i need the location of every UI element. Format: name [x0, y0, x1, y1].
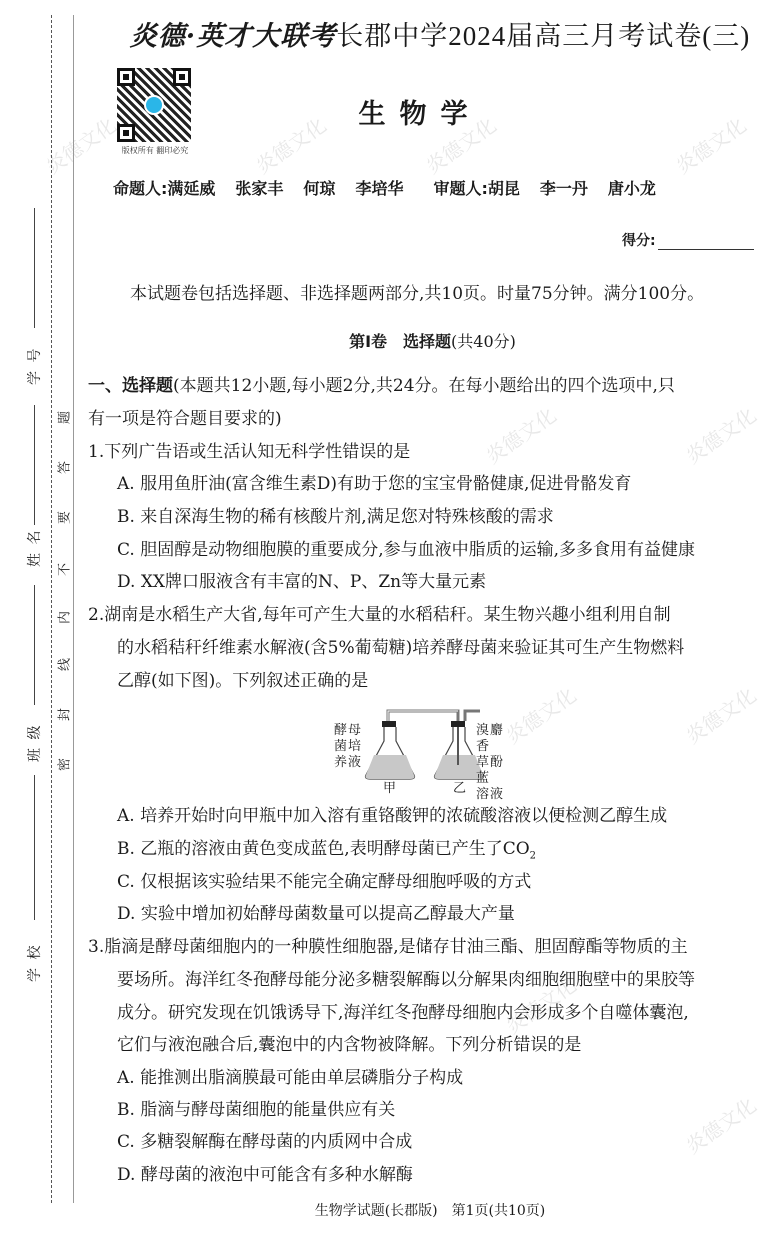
watermark: 炎德文化	[679, 400, 761, 470]
subject-title: 生物学	[0, 92, 780, 131]
question-2-stem-cont: 乙醇(如下图)。下列叙述正确的是	[117, 670, 368, 692]
flask-a-label: 甲	[383, 781, 397, 797]
q1-option-c[interactable]: C. 胆固醇是动物细胞膜的重要成分,参与血液中脂质的运输,多多食用有益健康	[117, 539, 695, 561]
question-2-stem-cont: 的水稻秸秆纤维素水解液(含5%葡萄糖)培养酵母菌来验证其可生产生物燃料	[117, 637, 684, 659]
flask-b-contents-label: 溴麝香草酚蓝溶液	[476, 723, 510, 803]
authors-line: 命题人:满延威张家丰何琼李培华审题人:胡昆李一丹唐小龙	[113, 176, 676, 199]
question-3-stem: 3.脂滴是酵母菌细胞内的一种膜性细胞器,是储存甘油三酯、胆固醇酯等物质的主	[88, 936, 688, 958]
class-blank[interactable]	[34, 585, 35, 705]
seal-char: 不	[54, 563, 73, 577]
exam-title: 炎德·英才大联考长郡中学2024届高三月考试卷(三)	[100, 14, 780, 53]
exam-name: 长郡中学2024届高三月考试卷(三)	[336, 21, 750, 51]
author: 张家丰	[235, 179, 283, 198]
student-id-label: 学 号	[24, 347, 44, 385]
watermark: 炎德文化	[679, 1090, 761, 1160]
q1-option-a[interactable]: A. 服用鱼肝油(富含维生素D)有助于您的宝宝骨骼健康,促进骨骼发育	[117, 473, 631, 495]
score-label: 得分:	[622, 233, 656, 249]
question-3-stem-cont: 要场所。海洋红冬孢酵母能分泌多糖裂解酶以分解果肉细胞细胞壁中的果胶等	[117, 969, 695, 991]
seal-dashed-line	[51, 15, 52, 1203]
score-blank[interactable]	[658, 235, 754, 250]
q2-option-d[interactable]: D. 实验中增加初始酵母菌数量可以提高乙醇最大产量	[117, 903, 515, 925]
seal-char: 封	[54, 708, 73, 722]
school-blank[interactable]	[34, 775, 35, 920]
q3-option-d[interactable]: D. 酵母菌的液泡中可能含有多种水解酶	[117, 1164, 413, 1186]
margin-border-line	[73, 15, 74, 1203]
q2-option-c[interactable]: C. 仅根据该实验结果不能完全确定酵母细胞呼吸的方式	[117, 871, 531, 893]
watermark: 炎德文化	[499, 680, 581, 750]
class-label: 班 级	[24, 724, 44, 762]
name-label: 姓 名	[24, 529, 44, 567]
qr-caption: 版权所有 翻印必究	[112, 145, 198, 156]
reviewer: 李一丹	[540, 179, 588, 198]
part-desc-cont: 有一项是符合题目要求的)	[88, 408, 282, 430]
q3-option-a[interactable]: A. 能推测出脂滴膜最可能由单层磷脂分子构成	[117, 1067, 463, 1089]
flask-a-contents-label: 酵母菌培养液	[334, 723, 362, 771]
watermark: 炎德文化	[479, 400, 561, 470]
q3-option-b[interactable]: B. 脂滴与酵母菌细胞的能量供应有关	[117, 1099, 395, 1121]
seal-char: 密	[54, 758, 73, 772]
part-heading: 一、选择题(本题共12小题,每小题2分,共24分。在每小题给出的四个选项中,只	[88, 375, 675, 397]
q2-option-a[interactable]: A. 培养开始时向甲瓶中加入溶有重铬酸钾的浓硫酸溶液以便检测乙醇生成	[117, 805, 667, 827]
school-label: 学 校	[24, 944, 44, 982]
q2-option-b[interactable]: B. 乙瓶的溶液由黄色变成蓝色,表明酵母菌已产生了CO2	[117, 838, 536, 867]
seal-char: 答	[54, 461, 73, 475]
reviewer: 审题人:胡昆	[433, 179, 519, 198]
q1-option-d[interactable]: D. XX牌口服液含有丰富的N、P、Zn等大量元素	[117, 571, 486, 593]
flask-b-label: 乙	[453, 781, 467, 797]
seal-char: 题	[54, 411, 73, 425]
author: 命题人:满延威	[113, 179, 215, 198]
fermentation-apparatus-figure: 酵母菌培养液 溴麝香草酚蓝溶液 甲 乙	[330, 703, 510, 798]
question-2-stem: 2.湖南是水稻生产大省,每年可产生大量的水稻秸秆。某生物兴趣小组利用自制	[88, 604, 671, 626]
q1-option-b[interactable]: B. 来自深海生物的稀有核酸片剂,满足您对特殊核酸的需求	[117, 506, 554, 528]
seal-char: 要	[54, 511, 73, 525]
author: 何琼	[303, 179, 335, 198]
name-blank[interactable]	[34, 405, 35, 525]
page-footer: 生物学试题(长郡版) 第1页(共10页)	[0, 1200, 780, 1220]
seal-char: 内	[54, 611, 73, 625]
question-1-stem: 1.下列广告语或生活认知无科学性错误的是	[88, 441, 410, 463]
student-id-blank[interactable]	[34, 208, 35, 328]
score-field: 得分:	[622, 230, 754, 250]
exam-intro: 本试题卷包括选择题、非选择题两部分,共10页。时量75分钟。满分100分。	[130, 279, 704, 304]
question-3-stem-cont: 它们与液泡融合后,囊泡中的内含物被降解。下列分析错误的是	[117, 1034, 581, 1056]
question-3-stem-cont: 成分。研究发现在饥饿诱导下,海洋红冬孢酵母细胞内会形成多个自噬体囊泡,	[117, 1002, 689, 1024]
part-title: 一、选择题	[88, 376, 173, 396]
seal-char: 线	[54, 658, 73, 672]
section-title: 第Ⅰ卷 选择题	[349, 332, 451, 351]
section-note: (共40分)	[451, 332, 516, 351]
watermark: 炎德文化	[679, 680, 761, 750]
reviewer: 唐小龙	[608, 179, 656, 198]
author: 李培华	[355, 179, 403, 198]
exam-brand: 炎德·英才大联考	[130, 21, 336, 52]
q3-option-c[interactable]: C. 多糖裂解酶在酵母菌的内质网中合成	[117, 1131, 412, 1153]
section-heading: 第Ⅰ卷 选择题(共40分)	[0, 329, 780, 352]
part-desc: (本题共12小题,每小题2分,共24分。在每小题给出的四个选项中,只	[173, 376, 675, 396]
